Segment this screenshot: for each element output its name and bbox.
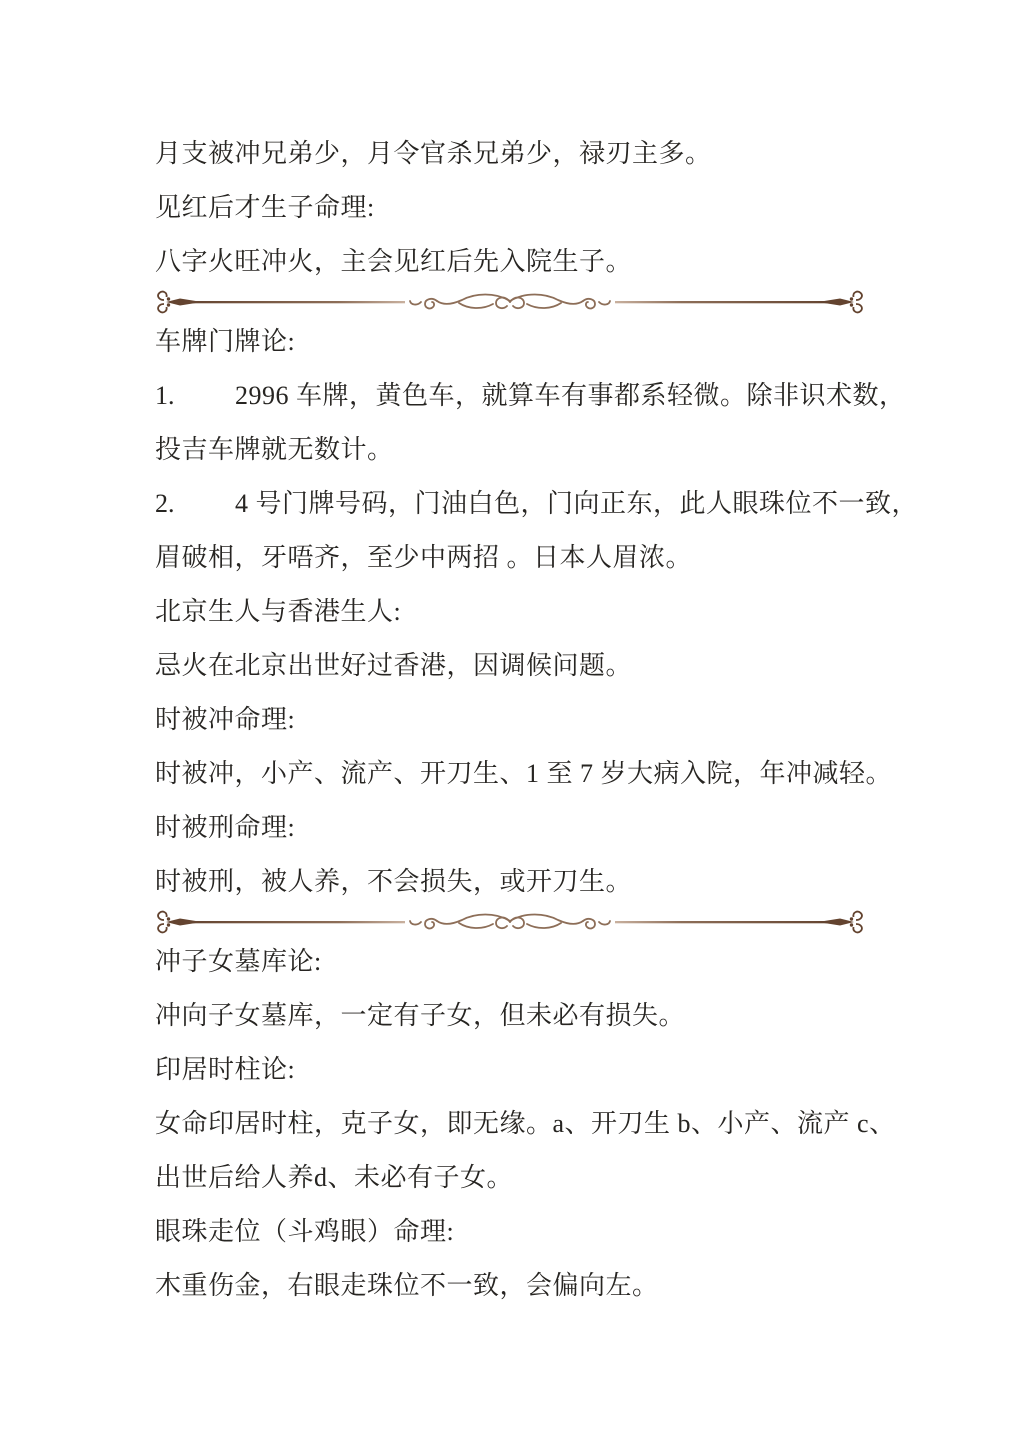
text-line: 时被刑，被人养，不会损失，或开刀生。	[155, 855, 865, 909]
document-page: 月支被冲兄弟少，月令官杀兄弟少，禄刃主多。 见红后才生子命理: 八字火旺冲火，主…	[0, 0, 1018, 1440]
fleur-end-right-icon	[818, 292, 862, 313]
divider-line-right	[615, 921, 837, 923]
numbered-list-item: 2.4 号门牌号码，门油白色，门向正东，此人眼珠位不一致，	[155, 477, 865, 531]
text-line: 冲向子女墓库，一定有子女，但未必有损失。	[155, 989, 865, 1043]
text-line: 木重伤金，右眼走珠位不一致，会偏向左。	[155, 1259, 865, 1313]
list-number: 2.	[155, 477, 235, 531]
section-heading: 北京生人与香港生人:	[155, 585, 865, 639]
ornamental-divider	[155, 289, 865, 315]
divider-graphic	[155, 289, 865, 315]
text-line: 月支被冲兄弟少，月令官杀兄弟少，禄刃主多。	[155, 127, 865, 181]
text-line: 时被冲，小产、流产、开刀生、1 至 7 岁大病入院，年冲减轻。	[155, 747, 865, 801]
fleur-end-right-icon	[818, 912, 862, 933]
text-line: 眉破相，牙唔齐，至少中两招 。日本人眉浓。	[155, 531, 865, 585]
section-heading: 时被刑命理:	[155, 801, 865, 855]
text-line: 忌火在北京出世好过香港，因调候问题。	[155, 639, 865, 693]
text-line: 八字火旺冲火，主会见红后先入院生子。	[155, 235, 865, 289]
divider-graphic	[155, 909, 865, 935]
document-body: 月支被冲兄弟少，月令官杀兄弟少，禄刃主多。 见红后才生子命理: 八字火旺冲火，主…	[155, 127, 865, 1313]
divider-line-left	[183, 301, 405, 303]
list-number: 1.	[155, 369, 235, 423]
numbered-list-item: 1.2996 车牌，黄色车，就算车有事都系轻微。除非识术数，	[155, 369, 865, 423]
section-heading: 车牌门牌论:	[155, 315, 865, 369]
text-line: 投吉车牌就无数计。	[155, 423, 865, 477]
section-heading: 印居时柱论:	[155, 1043, 865, 1097]
section-heading: 见红后才生子命理:	[155, 181, 865, 235]
divider-line-right	[615, 301, 837, 303]
list-item-text: 2996 车牌，黄色车，就算车有事都系轻微。除非识术数，	[235, 381, 906, 410]
section-heading: 眼珠走位（斗鸡眼）命理:	[155, 1205, 865, 1259]
ornamental-divider	[155, 909, 865, 935]
divider-flourish-icon	[410, 915, 610, 929]
text-line: 女命印居时柱，克子女，即无缘。a、开刀生 b、小产、流产 c、	[155, 1097, 865, 1151]
section-heading: 冲子女墓库论:	[155, 935, 865, 989]
text-line: 出世后给人养d、未必有子女。	[155, 1151, 865, 1205]
section-heading: 时被冲命理:	[155, 693, 865, 747]
divider-flourish-icon	[410, 295, 610, 309]
list-item-text: 4 号门牌号码，门油白色，门向正东，此人眼珠位不一致，	[235, 489, 918, 518]
divider-line-left	[183, 921, 405, 923]
